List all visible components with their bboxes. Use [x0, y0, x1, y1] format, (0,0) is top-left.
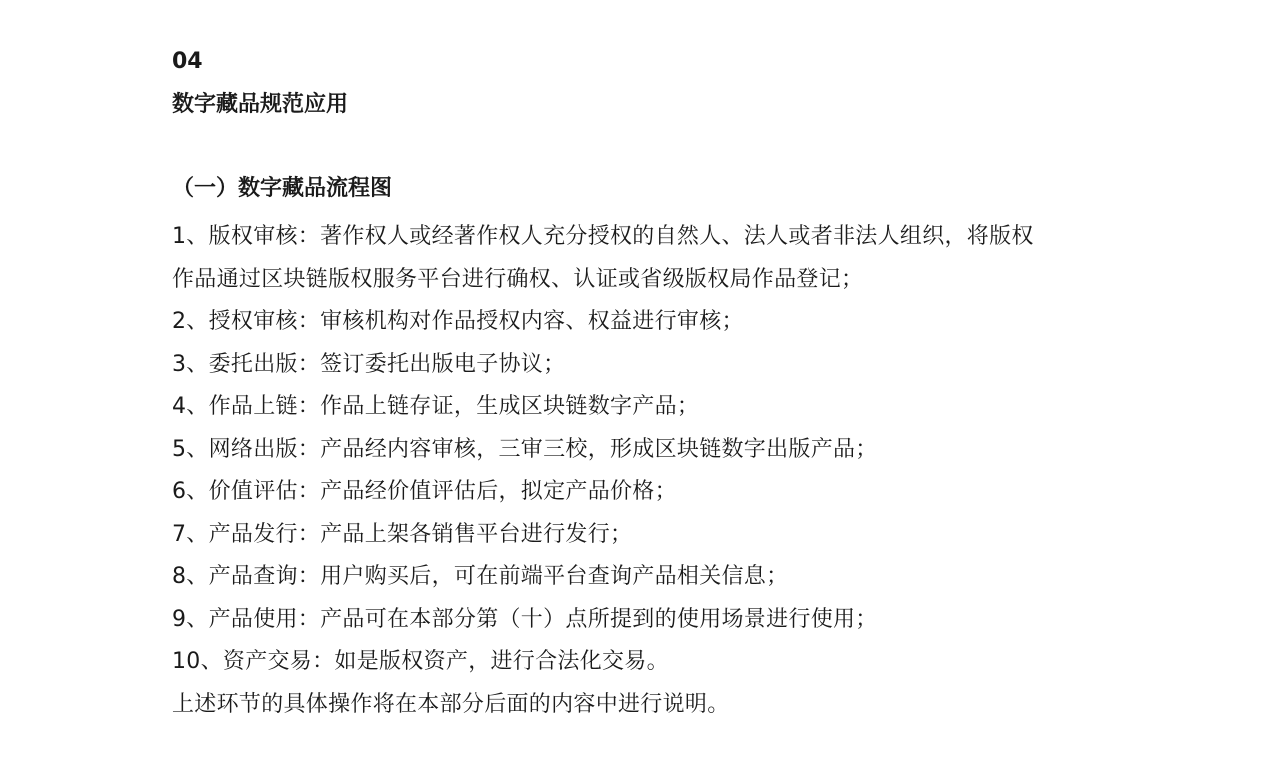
- process-step-3: 3、委托出版：签订委托出版电子协议；: [172, 344, 1162, 387]
- subsection-title: （一）数字藏品流程图: [172, 174, 392, 204]
- process-step-4: 4、作品上链：作品上链存证，生成区块链数字产品；: [172, 386, 1162, 429]
- process-step-10: 10、资产交易：如是版权资产，进行合法化交易。: [172, 641, 1162, 684]
- process-step-1: 1、版权审核：著作权人或经著作权人充分授权的自然人、法人或者非法人组织，将版权: [172, 216, 1162, 259]
- process-step-7: 7、产品发行：产品上架各销售平台进行发行；: [172, 514, 1162, 557]
- closing-note: 上述环节的具体操作将在本部分后面的内容中进行说明。: [172, 684, 1162, 727]
- section-title: 数字藏品规范应用: [172, 90, 348, 120]
- section-number: 04: [172, 48, 203, 76]
- process-step-6: 6、价值评估：产品经价值评估后，拟定产品价格；: [172, 471, 1162, 514]
- process-step-9: 9、产品使用：产品可在本部分第（十）点所提到的使用场景进行使用；: [172, 599, 1162, 642]
- process-step-8: 8、产品查询：用户购买后，可在前端平台查询产品相关信息；: [172, 556, 1162, 599]
- process-step-5: 5、网络出版：产品经内容审核，三审三校，形成区块链数字出版产品；: [172, 429, 1162, 472]
- process-step-2: 2、授权审核：审核机构对作品授权内容、权益进行审核；: [172, 301, 1162, 344]
- process-step-1-continued: 作品通过区块链版权服务平台进行确权、认证或省级版权局作品登记；: [172, 259, 1162, 302]
- process-step-list: 1、版权审核：著作权人或经著作权人充分授权的自然人、法人或者非法人组织，将版权 …: [172, 216, 1162, 726]
